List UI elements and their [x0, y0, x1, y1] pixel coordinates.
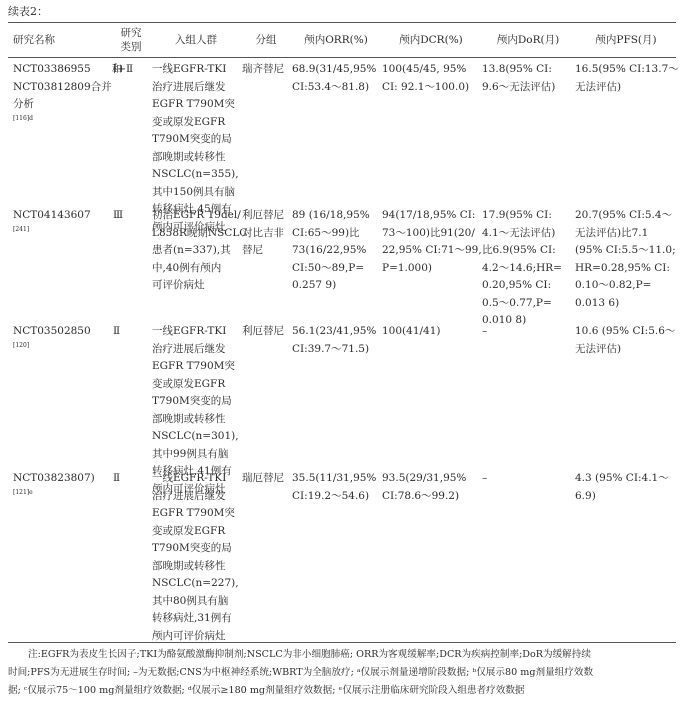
orr-cell: 89 (16/18,95%CI:65～99)比73(16/22,95%CI:50…	[292, 207, 380, 295]
study-phase-cell: Ⅲ	[113, 207, 149, 225]
study-phase-cell: Ⅰ+Ⅱ	[113, 61, 149, 79]
pfs-cell: 16.5(95% CI:13.7～无法评估)	[575, 61, 677, 96]
pfs-cell: 20.7(95% CI:5.4～无法评估)比7.1(95% CI:5.5～11.…	[575, 207, 677, 312]
header-pfs: 颅内PFS(月)	[575, 22, 677, 57]
header-orr: 颅内ORR(%)	[292, 22, 380, 57]
population-cell: 一线EGFR-TKI治疗进展后继发EGFR T790M突变或原发EGFRT790…	[152, 470, 240, 645]
dor-cell: 13.8(95% CI:9.6～无法评估)	[482, 61, 574, 96]
study-name-cell: NCT03823807)[121]e	[13, 470, 110, 505]
header-study-type: 研究类别	[113, 22, 149, 57]
table-header-rule	[8, 57, 676, 58]
header-population: 入组人群	[152, 22, 240, 57]
header-study-name: 研究名称	[13, 22, 110, 57]
reference-superscript: [116]d	[13, 115, 33, 122]
dcr-cell: 100(45/45, 95%CI: 92.1～100.0)	[382, 61, 480, 96]
pfs-cell: 4.3 (95% CI:4.1～6.9)	[575, 470, 677, 505]
study-name-cell: NCT03386955 和NCT03812809合并分析[116]d	[13, 61, 110, 131]
orr-cell: 56.1(23/41,95%CI:39.7～71.5)	[292, 323, 380, 358]
group-cell: 瑞齐替尼	[242, 61, 290, 79]
study-name-cell: NCT04143607[241]	[13, 207, 110, 242]
reference-superscript: [241]	[13, 226, 29, 233]
dor-cell: 17.9(95% CI:4.1～无法评估)比6.9(95% CI:4.2～14.…	[482, 207, 574, 330]
dcr-cell: 94(17/18,95% CI:73～100)比91(20/22,95% CI:…	[382, 207, 480, 277]
header-dor: 颅内DoR(月)	[482, 22, 574, 57]
group-cell: 利厄替尼对比吉非替尼	[242, 207, 290, 260]
dor-cell: –	[482, 323, 574, 341]
reference-superscript: [121]e	[13, 489, 33, 496]
table-bottom-rule	[8, 642, 676, 643]
header-group: 分组	[242, 22, 290, 57]
dcr-cell: 100(41/41)	[382, 323, 480, 341]
header-dcr: 颅内DCR(%)	[382, 22, 480, 57]
study-phase-cell: Ⅱ	[113, 323, 149, 341]
group-cell: 利厄替尼	[242, 323, 290, 341]
study-name-cell: NCT03502850[120]	[13, 323, 110, 358]
orr-cell: 68.9(31/45,95%CI:53.4～81.8)	[292, 61, 380, 96]
table-footnote: 注:EGFR为表皮生长因子;TKI为酪氨酸激酶抑制剂;NSCLC为非小细胞肺癌;…	[8, 646, 676, 700]
table-caption: 续表2：	[8, 3, 48, 21]
pfs-cell: 10.6 (95% CI:5.6～无法评估)	[575, 323, 677, 358]
population-cell: 初治EGFR 19del/L858R晚期NSCLC患者(n=337),其中,40…	[152, 207, 240, 295]
group-cell: 瑞厄替尼	[242, 470, 290, 488]
reference-superscript: [120]	[13, 342, 29, 349]
study-phase-cell: Ⅱ	[113, 470, 149, 488]
dor-cell: –	[482, 470, 574, 488]
orr-cell: 35.5(11/31,95%CI:19.2～54.6)	[292, 470, 380, 505]
dcr-cell: 93.5(29/31,95%CI:78.6～99.2)	[382, 470, 480, 505]
